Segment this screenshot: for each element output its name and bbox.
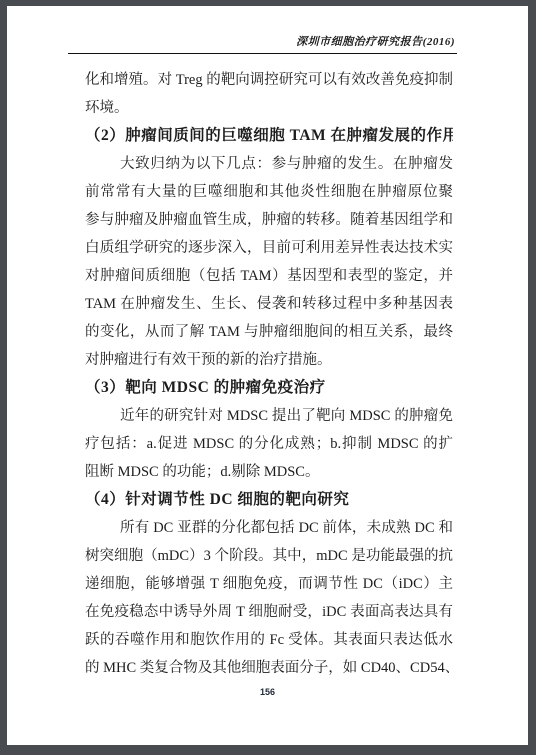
text-line: 白质组学研究的逐步深入，目前可利用差异性表达技术实现 <box>85 234 453 262</box>
document-page: 深圳市细胞治疗研究报告(2016) 化和增殖。对 Treg 的靶向调控研究可以有… <box>7 6 528 745</box>
text-line: 所有 DC 亚群的分化都包括 DC 前体，未成熟 DC 和成熟 <box>85 514 453 542</box>
text-line: 疗包括：a.促进 MDSC 的分化成熟；b.抑制 MDSC 的扩增；c. <box>85 430 453 458</box>
text-line: 近年的研究针对 MDSC 提出了靶向 MDSC 的肿瘤免疫治 <box>85 402 453 430</box>
viewer-background: 深圳市细胞治疗研究报告(2016) 化和增殖。对 Treg 的靶向调控研究可以有… <box>0 0 536 755</box>
text-line: 环境。 <box>85 94 453 122</box>
text-line: 化和增殖。对 Treg 的靶向调控研究可以有效改善免疫抑制 <box>85 66 453 94</box>
text-line: 的变化，从而了解 TAM 与肿瘤细胞间的相互关系，最终找到 <box>85 318 453 346</box>
document-body: 化和增殖。对 Treg 的靶向调控研究可以有效改善免疫抑制 环境。 （2）肿瘤间… <box>85 66 453 682</box>
header-divider <box>68 53 457 54</box>
text-line: 大致归纳为以下几点：参与肿瘤的发生。在肿瘤发生之 <box>85 150 453 178</box>
text-line: 对肿瘤间质细胞（包括 TAM）基因型和表型的鉴定，并跟踪 <box>85 262 453 290</box>
section-heading: （2）肿瘤间质间的巨噬细胞 TAM 在肿瘤发展的作用 <box>85 122 453 150</box>
text-line: 对肿瘤进行有效干预的新的治疗措施。 <box>85 346 453 374</box>
text-line: 跃的吞噬作用和胞饮作用的 Fc 受体。其表面只表达低水平 <box>85 626 453 654</box>
text-line: 递细胞，能够增强 T 细胞免疫，而调节性 DC（iDC）主要是 <box>85 570 453 598</box>
section-heading: （3）靶向 MDSC 的肿瘤免疫治疗 <box>85 374 453 402</box>
section-heading: （4）针对调节性 DC 细胞的靶向研究 <box>85 486 453 514</box>
text-line: TAM 在肿瘤发生、生长、侵袭和转移过程中多种基因表达谱 <box>85 290 453 318</box>
text-line: 参与肿瘤及肿瘤血管生成，肿瘤的转移。随着基因组学和蛋 <box>85 206 453 234</box>
text-line: 阻断 MDSC 的功能；d.剔除 MDSC。 <box>85 458 453 486</box>
text-line: 前常常有大量的巨噬细胞和其他炎性细胞在肿瘤原位聚集， <box>85 178 453 206</box>
text-line: 在免疫稳态中诱导外周 T 细胞耐受，iDC 表面高表达具有活 <box>85 598 453 626</box>
text-line: 树突细胞（mDC）3 个阶段。其中，mDC 是功能最强的抗原呈 <box>85 542 453 570</box>
page-number: 156 <box>7 686 528 698</box>
text-line: 的 MHC 类复合物及其他细胞表面分子，如 CD40、CD54、 <box>85 654 453 682</box>
report-header-title: 深圳市细胞治疗研究报告(2016) <box>296 35 455 49</box>
